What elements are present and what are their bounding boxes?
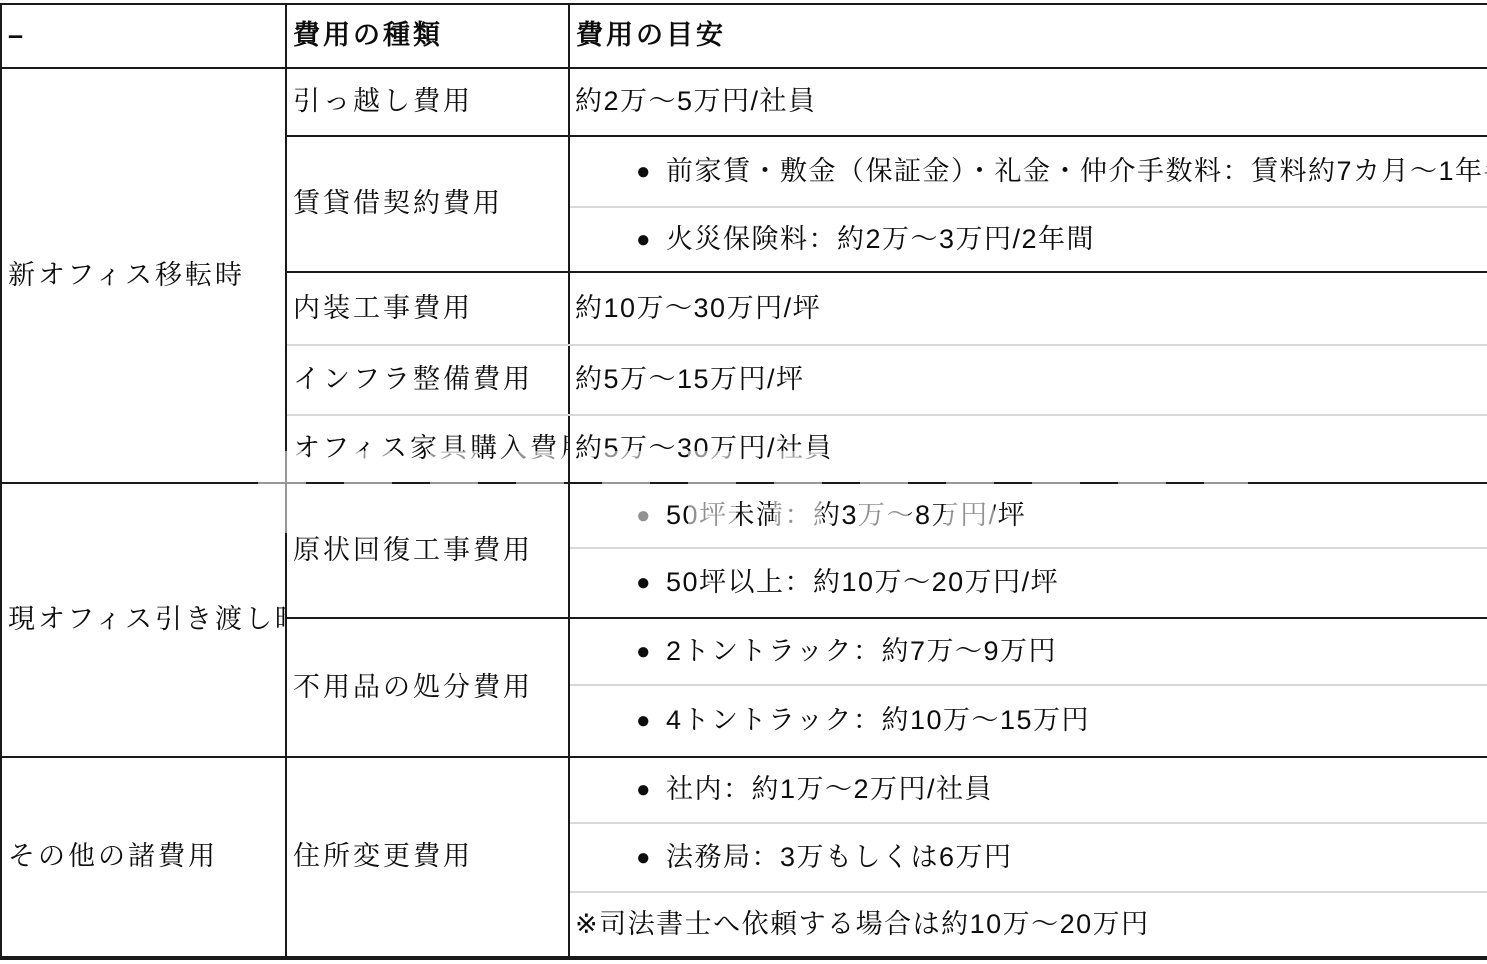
cost-estimate-line: ● 火災保険料：約2万～3万円/2年間 [570,223,1487,257]
header-row: – 費用の種類 費用の目安 [1,4,1487,68]
category-cell-current-office: 現オフィス引き渡し時 [1,483,286,757]
bullet-icon: ● [636,846,652,870]
cost-estimate-line: ● 社内：約1万～2万円/社員 [570,773,1487,807]
cost-type-cell: 住所変更費用 [286,757,569,958]
cost-estimate-cell: ● 社内：約1万～2万円/社員 [569,757,1487,823]
header-category: – [1,4,286,68]
cost-estimate-cell: ※司法書士へ依頼する場合は約10万～20万円 [569,892,1487,958]
cost-type-cell: 原状回復工事費用 [286,483,569,618]
header-cost-estimate: 費用の目安 [569,4,1487,68]
cost-estimate-text: 50坪以上：約10万～20万円/坪 [666,566,1059,600]
cost-type-cell: インフラ整備費用 [286,345,569,415]
cost-estimate-cell: ● 火災保険料：約2万～3万円/2年間 [569,207,1487,272]
category-cell-new-office: 新オフィス移転時 [1,68,286,483]
cost-estimate-cell: ● 50坪以上：約10万～20万円/坪 [569,548,1487,618]
cost-estimate-line: ● 2トントラック：約7万～9万円 [570,635,1487,669]
cost-estimate-text: 法務局：3万もしくは6万円 [666,841,1013,875]
cost-type-cell: オフィス家具購入費用 [286,415,569,483]
cost-estimate-cell: ● 前家賃・敷金（保証金）・礼金・仲介手数料：賃料約7カ月～1年半分 [569,136,1487,207]
cost-estimate-cell: 約10万～30万円/坪 [569,272,1487,345]
cost-estimate-line: ● 法務局：3万もしくは6万円 [570,841,1487,875]
bullet-icon: ● [636,640,652,664]
category-cell-other: その他の諸費用 [1,757,286,958]
cost-estimate-line: 約2万～5万円/社員 [570,85,1487,119]
cost-estimate-text: 火災保険料：約2万～3万円/2年間 [666,223,1095,257]
table-row: 現オフィス引き渡し時 原状回復工事費用 ● 50坪未満：約3万～8万円/坪 [1,483,1487,548]
cost-type-cell: 賃貸借契約費用 [286,136,569,272]
cost-estimate-text: 50坪未満：約3万～8万円/坪 [666,499,1026,533]
cost-estimate-cell: ● 4トントラック：約10万～15万円 [569,685,1487,757]
cost-estimate-line: 約5万～15万円/坪 [570,363,1487,397]
cost-estimate-cell: ● 法務局：3万もしくは6万円 [569,823,1487,892]
cost-estimate-line: 約10万～30万円/坪 [570,292,1487,326]
cost-estimate-line: ● 50坪以上：約10万～20万円/坪 [570,566,1487,600]
cost-estimate-cell: ● 50坪未満：約3万～8万円/坪 [569,483,1487,548]
cost-estimate-text: 4トントラック：約10万～15万円 [666,704,1090,738]
cost-estimate-text: 社内：約1万～2万円/社員 [666,773,993,807]
cost-estimate-cell: 約5万～30万円/社員 [569,415,1487,483]
cost-estimate-cell: ● 2トントラック：約7万～9万円 [569,618,1487,685]
table-row: 新オフィス移転時 引っ越し費用 約2万～5万円/社員 [1,68,1487,136]
cost-type-cell: 内装工事費用 [286,272,569,345]
cost-estimate-line: ● 50坪未満：約3万～8万円/坪 [570,499,1487,533]
relocation-cost-table: – 費用の種類 費用の目安 新オフィス移転時 引っ越し費用 約2万～5万円/社員… [0,3,1487,960]
cost-estimate-cell: 約2万～5万円/社員 [569,68,1487,136]
cost-type-cell: 引っ越し費用 [286,68,569,136]
cost-estimate-cell: 約5万～15万円/坪 [569,345,1487,415]
bullet-icon: ● [636,709,652,733]
bullet-icon: ● [636,228,652,252]
bullet-icon: ● [636,504,652,528]
bullet-icon: ● [636,160,652,184]
cost-estimate-note: ※司法書士へ依頼する場合は約10万～20万円 [570,908,1487,942]
bullet-icon: ● [636,571,652,595]
cost-estimate-line: ● 前家賃・敷金（保証金）・礼金・仲介手数料：賃料約7カ月～1年半分 [570,155,1487,189]
header-cost-type: 費用の種類 [286,4,569,68]
cost-estimate-line: ● 4トントラック：約10万～15万円 [570,704,1487,738]
cost-estimate-line: 約5万～30万円/社員 [570,432,1487,466]
table-row: その他の諸費用 住所変更費用 ● 社内：約1万～2万円/社員 [1,757,1487,823]
cost-estimate-text: 2トントラック：約7万～9万円 [666,635,1057,669]
cost-estimate-text: 前家賃・敷金（保証金）・礼金・仲介手数料：賃料約7カ月～1年半分 [666,155,1487,189]
cost-type-cell: 不用品の処分費用 [286,618,569,757]
bullet-icon: ● [636,778,652,802]
